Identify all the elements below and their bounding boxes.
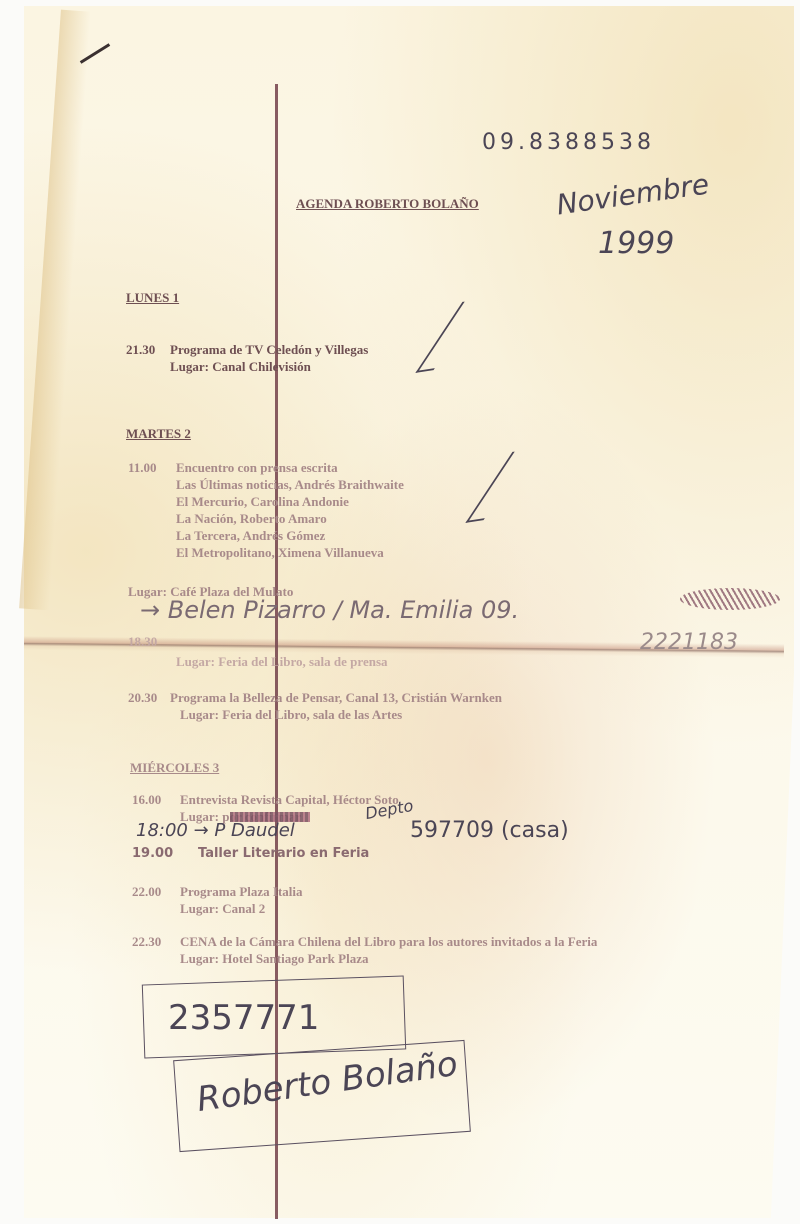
day-heading-lunes: LUNES 1 bbox=[126, 290, 179, 306]
event-line: Lugar: Feria del Libro, sala de prensa bbox=[176, 654, 388, 670]
event-line: El Metropolitano, Ximena Villanueva bbox=[176, 545, 384, 561]
handwritten-year: 1999 bbox=[598, 226, 674, 261]
day-heading-martes: MARTES 2 bbox=[126, 426, 191, 442]
event-time: 19.00 bbox=[132, 846, 173, 861]
event-line: La Tercera, Andrés Gómez bbox=[176, 528, 325, 544]
event-line: El Mercurio, Carolina Andonie bbox=[176, 494, 349, 510]
event-line: Programa la Belleza de Pensar, Canal 13,… bbox=[170, 690, 502, 706]
event-line: Lugar: Hotel Santiago Park Plaza bbox=[180, 951, 369, 967]
handwritten-boxed-number: 2357771 bbox=[168, 998, 319, 1038]
event-line: Lugar: Canal 2 bbox=[180, 901, 265, 917]
handwritten-note-number: 2221183 bbox=[640, 630, 738, 655]
day-heading-miercoles: MIÉRCOLES 3 bbox=[130, 760, 219, 776]
scribbled-out-number bbox=[680, 588, 780, 610]
handwritten-phone-top: 09.8388538 bbox=[482, 130, 655, 155]
event-line: Programa Plaza Italia bbox=[180, 884, 303, 900]
event-time: 22.00 bbox=[132, 884, 161, 900]
event-time: 20.30 bbox=[128, 690, 157, 706]
event-time: 16.00 bbox=[132, 792, 161, 808]
event-line: Las Últimas noticias, Andrés Braithwaite bbox=[176, 477, 404, 493]
event-line: Taller Literario en Feria bbox=[198, 846, 369, 861]
event-time: 21.30 bbox=[126, 342, 155, 358]
event-line: CENA de la Cámara Chilena del Libro para… bbox=[180, 934, 597, 950]
event-line: Encuentro con prensa escrita bbox=[176, 460, 338, 476]
event-time: 22.30 bbox=[132, 934, 161, 950]
handwritten-note-time: 18:00 → P Daudel bbox=[136, 820, 295, 841]
document-title: AGENDA ROBERTO BOLAÑO bbox=[296, 196, 479, 212]
event-line: Programa de TV Celedón y Villegas bbox=[170, 342, 368, 358]
handwritten-phone-miercoles: 597709 (casa) bbox=[410, 818, 569, 843]
event-time: 11.00 bbox=[128, 460, 157, 476]
event-line: Lugar: Feria del Libro, sala de las Arte… bbox=[180, 707, 402, 723]
handwritten-note-martes: → Belen Pizarro / Ma. Emilia 09. bbox=[140, 596, 519, 624]
event-line: La Nación, Roberto Amaro bbox=[176, 511, 327, 527]
event-time: 18.30 bbox=[128, 634, 157, 650]
event-line: Lugar: Canal Chilevisión bbox=[170, 359, 311, 375]
